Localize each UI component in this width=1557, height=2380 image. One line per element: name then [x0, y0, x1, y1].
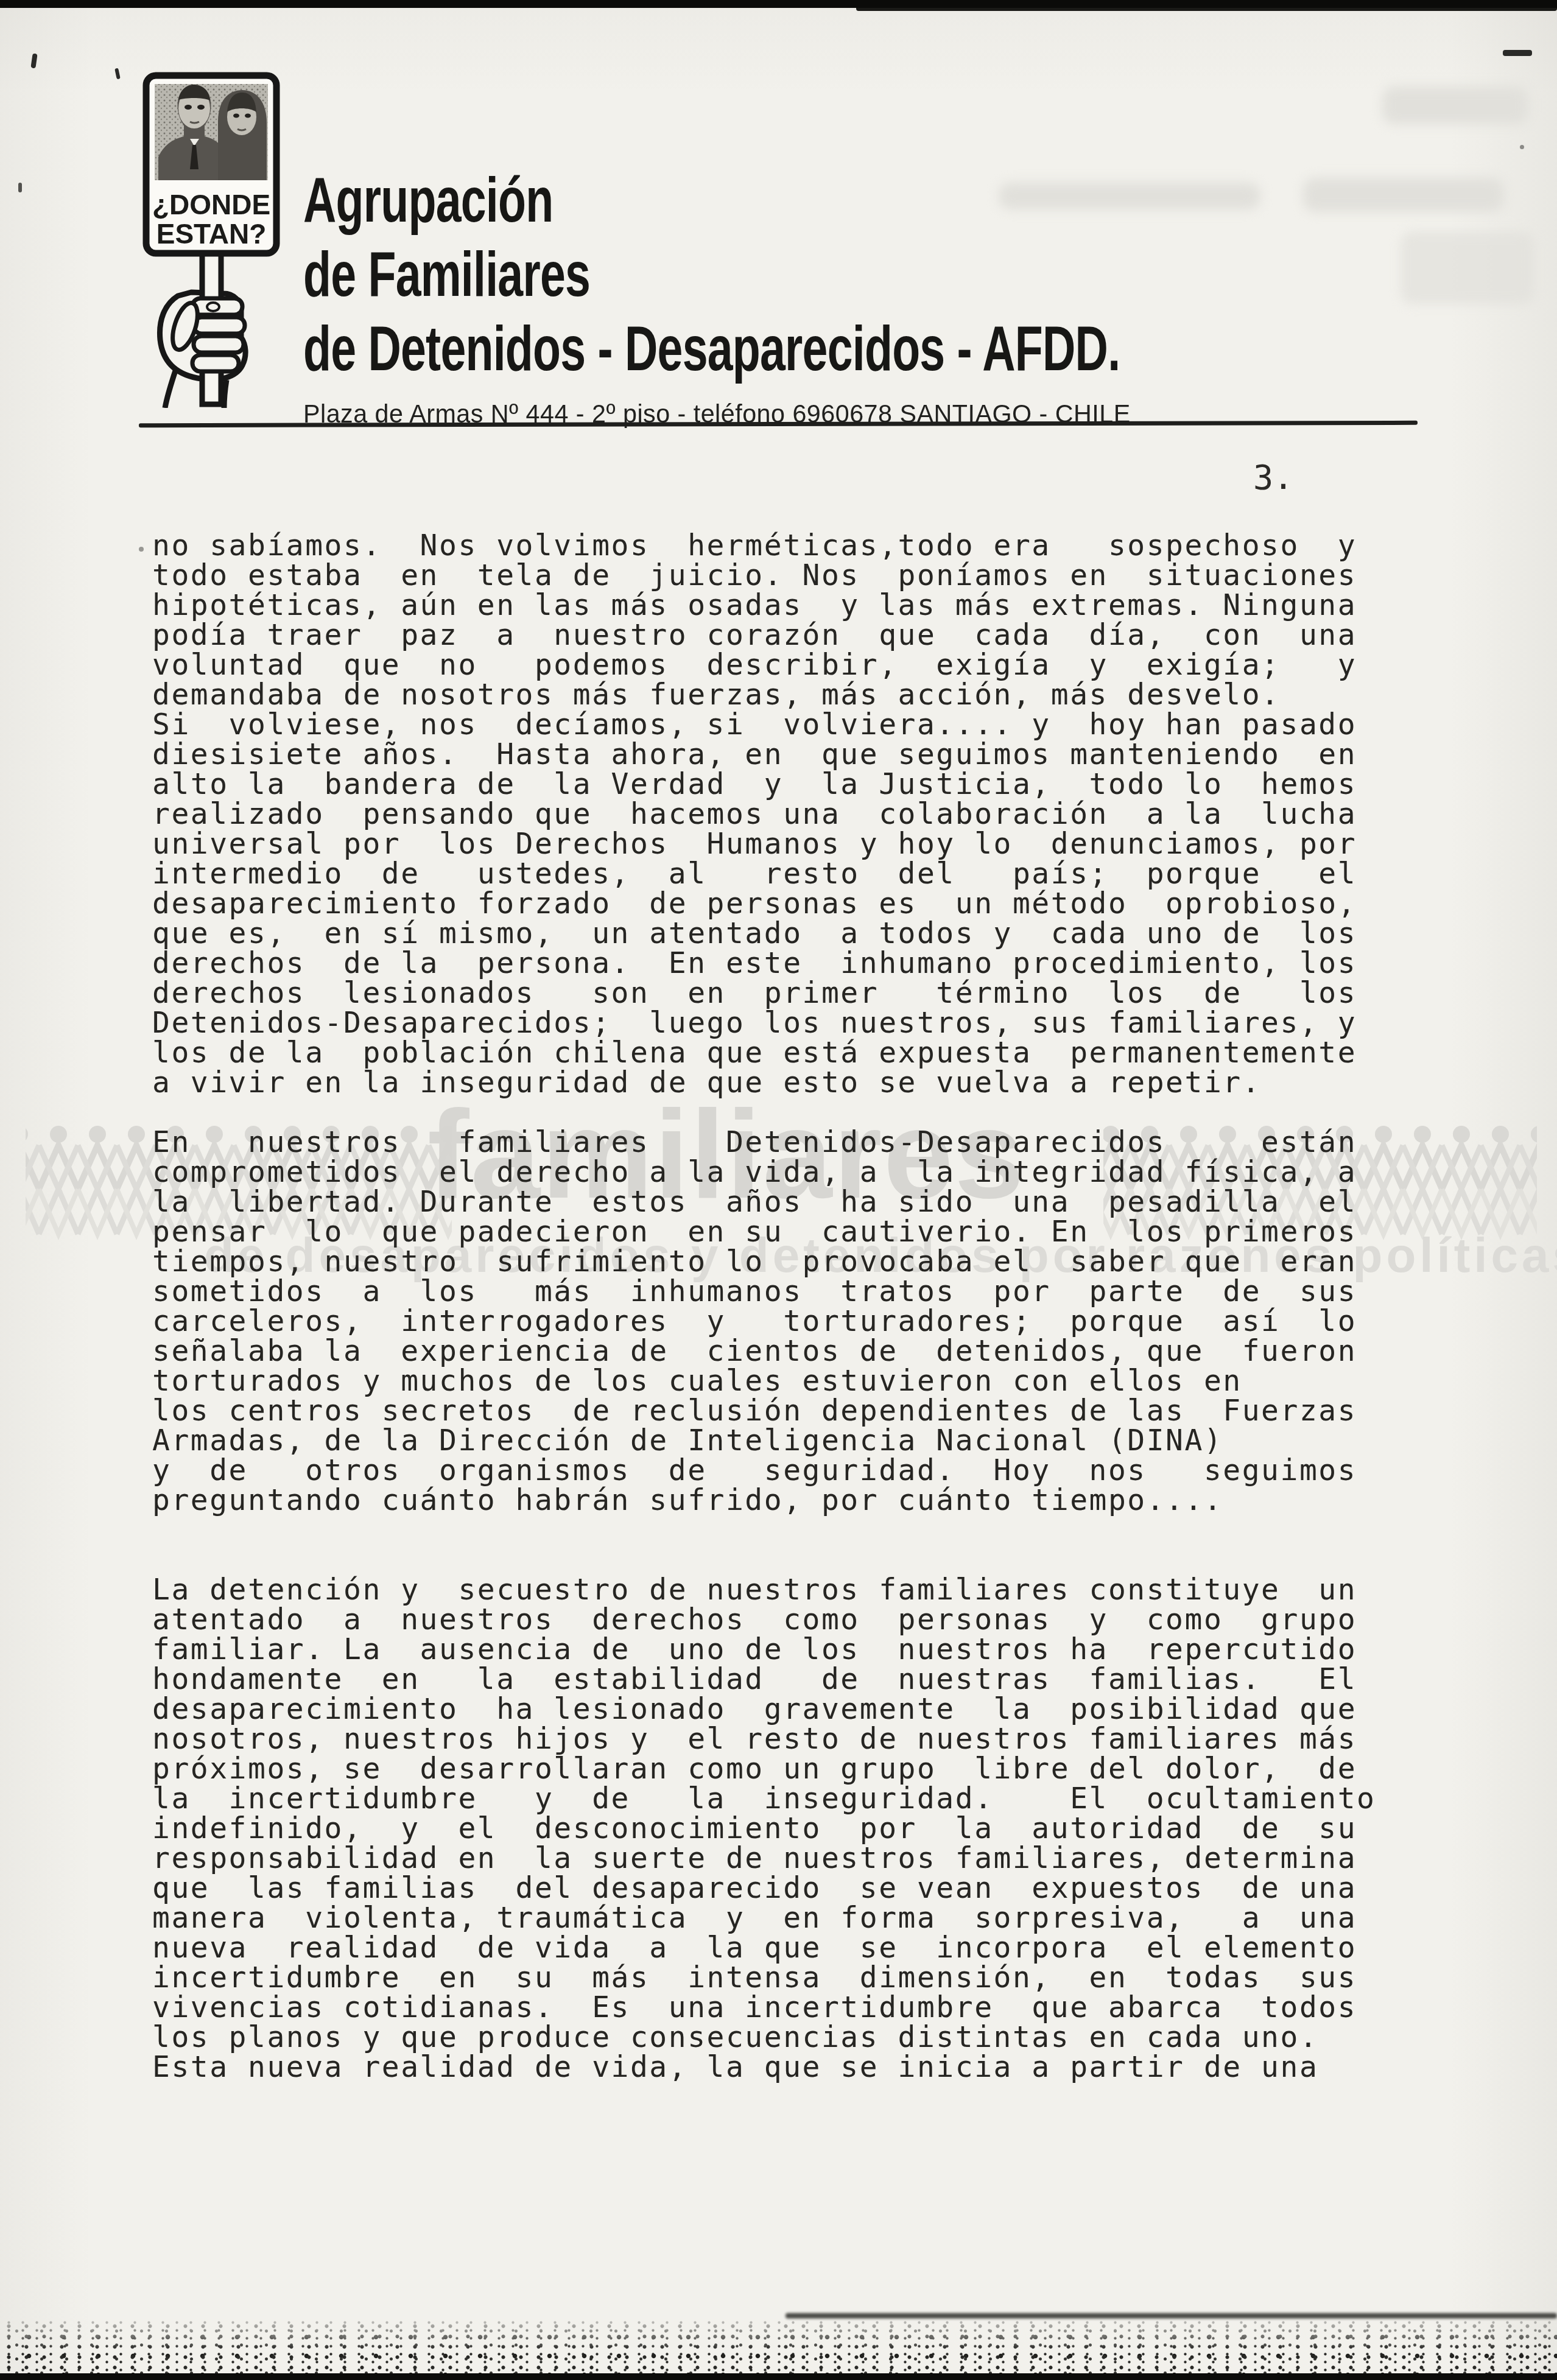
scan-ghost-smudge — [1382, 86, 1528, 124]
scan-speck — [1520, 145, 1524, 149]
scan-ghost-smudge — [1303, 178, 1504, 212]
text-line: voluntad que no podemos describir, exigí… — [152, 650, 1376, 680]
text-line: responsabilidad en la suerte de nuestros… — [152, 1844, 1376, 1873]
text-line: que las familias del desaparecido se vea… — [152, 1873, 1376, 1903]
text-line: vivencias cotidianas. Es una incertidumb… — [152, 1993, 1376, 2023]
text-line: realizado pensando que hacemos una colab… — [152, 799, 1376, 829]
text-line: carceleros, interrogadores y torturadore… — [152, 1307, 1376, 1336]
text-line: familiar. La ausencia de uno de los nues… — [152, 1635, 1376, 1665]
text-line: diesisiete años. Hasta ahora, en que seg… — [152, 740, 1376, 770]
text-line: sometidos a los más inhumanos tratos por… — [152, 1277, 1376, 1307]
scan-speck — [30, 54, 37, 69]
text-line: universal por los Derechos Humanos y hoy… — [152, 829, 1376, 859]
paragraph: En nuestros familiares Detenidos-Desapar… — [152, 1128, 1376, 1515]
body-text: no sabíamos. Nos volvimos herméticas,tod… — [152, 531, 1376, 2082]
text-line: a vivir en la inseguridad de que esto se… — [152, 1068, 1376, 1098]
scan-speck — [139, 547, 144, 552]
text-line: indefinido, y el desconocimiento por la … — [152, 1814, 1376, 1844]
scanned-document-page: ¿DONDE ESTAN? Agrupación de Familiares d… — [0, 0, 1557, 2380]
text-line: preguntando cuánto habrán sufrido, por c… — [152, 1486, 1376, 1515]
scan-top-edge-shadow — [856, 8, 1557, 11]
text-line: podía traer paz a nuestro corazón que ca… — [152, 620, 1376, 650]
text-line: próximos, se desarrollaran como un grupo… — [152, 1754, 1376, 1784]
paragraph: La detención y secuestro de nuestros fam… — [152, 1575, 1376, 2082]
paragraph: no sabíamos. Nos volvimos herméticas,tod… — [152, 531, 1376, 1098]
scan-bottom-smear — [786, 2313, 1557, 2319]
text-line: nosotros, nuestros hijos y el resto de n… — [152, 1724, 1376, 1754]
page-number: 3. — [1253, 458, 1293, 497]
text-line: hondamente en la estabilidad de nuestras… — [152, 1665, 1376, 1694]
placard-line2: ESTAN? — [156, 218, 267, 250]
afdd-logo: ¿DONDE ESTAN? — [141, 66, 283, 408]
org-name-line3: de Detenidos - Desaparecidos - AFDD. — [303, 312, 1120, 386]
scan-noise-band — [0, 2321, 1557, 2375]
text-line: Detenidos-Desaparecidos; luego los nuest… — [152, 1008, 1376, 1038]
scan-top-edge — [0, 0, 1557, 8]
text-line: los de la población chilena que está exp… — [152, 1038, 1376, 1068]
text-line: La detención y secuestro de nuestros fam… — [152, 1575, 1376, 1605]
text-line: Armadas, de la Dirección de Inteligencia… — [152, 1426, 1376, 1456]
text-line: hipotéticas, aún en las más osadas y las… — [152, 591, 1376, 620]
text-line: derechos de la persona. En este inhumano… — [152, 949, 1376, 978]
text-line: la libertad. Durante estos años ha sido … — [152, 1187, 1376, 1217]
text-line: la incertidumbre y de la inseguridad. El… — [152, 1784, 1376, 1814]
text-line: los planos y que produce consecuencias d… — [152, 2023, 1376, 2052]
text-line: demandaba de nosotros más fuerzas, más a… — [152, 680, 1376, 710]
scan-speck — [18, 183, 22, 192]
text-line: todo estaba en tela de juicio. Nos ponía… — [152, 561, 1376, 591]
text-line: manera violenta, traumática y en forma s… — [152, 1903, 1376, 1933]
text-line: tiempos, nuestro sufrimiento lo provocab… — [152, 1247, 1376, 1277]
text-line: nueva realidad de vida a la que se incor… — [152, 1933, 1376, 1963]
text-line: alto la bandera de la Verdad y la Justic… — [152, 770, 1376, 799]
text-line: Si volviese, nos decíamos, si volviera..… — [152, 710, 1376, 740]
text-line: atentado a nuestros derechos como person… — [152, 1605, 1376, 1635]
text-line: no sabíamos. Nos volvimos herméticas,tod… — [152, 531, 1376, 561]
scan-ghost-smudge — [999, 183, 1260, 209]
text-line: pensar lo que padecieron en su cautiveri… — [152, 1217, 1376, 1247]
scan-speck — [114, 68, 121, 80]
where-are-they-placard-icon: ¿DONDE ESTAN? — [141, 66, 283, 408]
text-line: desaparecimiento ha lesionado gravemente… — [152, 1694, 1376, 1724]
text-line: intermedio de ustedes, al resto del país… — [152, 859, 1376, 889]
text-line: torturados y muchos de los cuales estuvi… — [152, 1366, 1376, 1396]
scan-bottom-edge — [0, 2373, 1557, 2380]
text-line: desaparecimiento forzado de personas es … — [152, 889, 1376, 919]
text-line: En nuestros familiares Detenidos-Desapar… — [152, 1128, 1376, 1157]
text-line: comprometidos el derecho a la vida, a la… — [152, 1157, 1376, 1187]
text-line: señalaba la experiencia de cientos de de… — [152, 1336, 1376, 1366]
text-line: incertidumbre en su más intensa dimensió… — [152, 1963, 1376, 1993]
text-line: los centros secretos de reclusión depend… — [152, 1396, 1376, 1426]
text-line: Esta nueva realidad de vida, la que se i… — [152, 2052, 1376, 2082]
portraits-photo — [155, 84, 268, 180]
text-line: y de otros organismos de seguridad. Hoy … — [152, 1456, 1376, 1486]
text-line: derechos lesionados son en primer términ… — [152, 978, 1376, 1008]
scan-ghost-smudge — [1401, 231, 1534, 304]
placard-line1: ¿DONDE — [152, 189, 270, 220]
scan-dash-mark — [1503, 50, 1532, 56]
org-name-line2: de Familiares — [303, 237, 1120, 312]
text-line: que es, en sí mismo, un atentado a todos… — [152, 919, 1376, 949]
org-name-line1: Agrupación — [303, 163, 1120, 237]
